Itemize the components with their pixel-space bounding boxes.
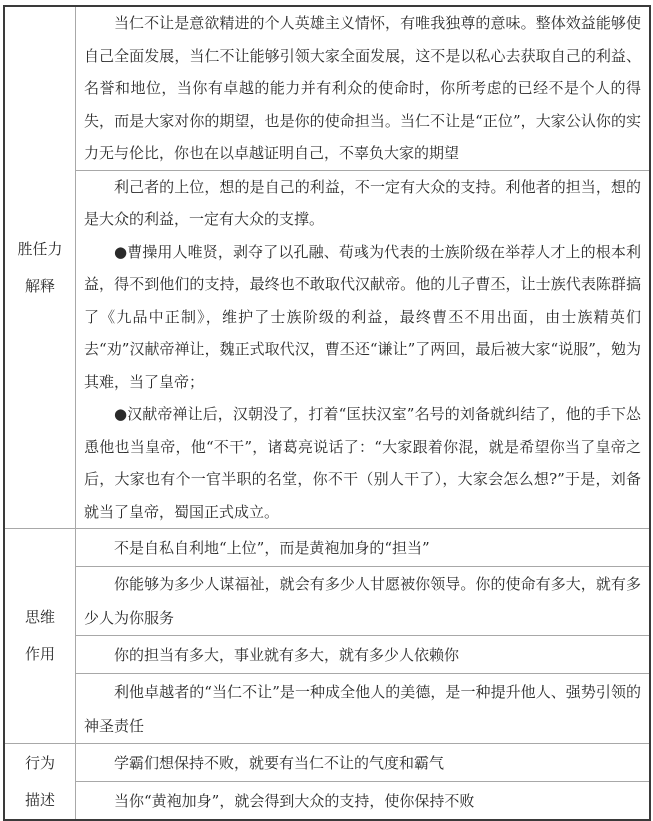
content-cell: 利他卓越者的“当仁不让”是一种成全他人的美德，是一种提升他人、强势引领的神圣责任 (76, 674, 651, 744)
content-cell: 你的担当有多大，事业就有多大，就有多少人依赖你 (76, 636, 651, 674)
table-row: 利己者的上位，想的是自己的利益，不一定有大众的支持。利他者的担当，想的是大众的利… (4, 170, 650, 529)
table-row: 行为 描述 学霸们想保持不败，就要有当仁不让的气度和霸气 (4, 744, 650, 771)
section-label-competency: 胜任力 解释 (4, 6, 76, 529)
section-label-behavior: 行为 描述 (4, 744, 76, 771)
section-label-thinking: 思维 作用 (4, 529, 76, 744)
paragraph: 你能够为多少人谋福祉，就会有多少人甘愿被你领导。你的使命有多大，就有多少人为你服… (84, 567, 641, 635)
bullet-paragraph: ●曹操用人唯贤，剥夺了以孔融、荀彧为代表的士族阶级在举荐人才上的根本利益，得不到… (84, 236, 641, 399)
table-row: 你能够为多少人谋福祉，就会有多少人甘愿被你领导。你的使命有多大，就有多少人为你服… (4, 567, 650, 636)
label-line: 行为 (25, 754, 55, 771)
label-line: 胜任力 (17, 240, 62, 258)
content-cell: 不是自私自利地“上位”，而是黄袍加身的“担当” (76, 529, 651, 567)
paragraph: 你的担当有多大，事业就有多大，就有多少人依赖你 (84, 637, 641, 673)
label-line: 思维 (25, 608, 55, 626)
table-row: 利他卓越者的“当仁不让”是一种成全他人的美德，是一种提升他人、强势引领的神圣责任 (4, 674, 650, 744)
table-row: 你的担当有多大，事业就有多大，就有多少人依赖你 (4, 636, 650, 674)
paragraph: 当仁不让是意欲精进的个人英雄主义情怀，有唯我独尊的意味。整体效益能够使自己全面发… (84, 7, 641, 170)
content-cell: 你能够为多少人谋福祉，就会有多少人甘愿被你领导。你的使命有多大，就有多少人为你服… (76, 567, 651, 636)
paragraph: 利己者的上位，想的是自己的利益，不一定有大众的支持。利他者的担当，想的是大众的利… (84, 171, 641, 236)
paragraph: 利他卓越者的“当仁不让”是一种成全他人的美德，是一种提升他人、强势引领的神圣责任 (84, 675, 641, 743)
paragraph: 不是自私自利地“上位”，而是黄袍加身的“担当” (84, 530, 641, 566)
bullet-paragraph: ●汉献帝禅让后，汉朝没了，打着“匡扶汉室”名号的刘备就纠结了，他的手下怂恿他也当… (84, 398, 641, 528)
content-cell: 学霸们想保持不败，就要有当仁不让的气度和霸气 (76, 744, 651, 771)
label-line: 作用 (25, 645, 55, 663)
table-row: 思维 作用 不是自私自利地“上位”，而是黄袍加身的“担当” (4, 529, 650, 567)
paragraph: 学霸们想保持不败，就要有当仁不让的气度和霸气 (84, 745, 641, 771)
competency-table: 胜任力 解释 当仁不让是意欲精进的个人英雄主义情怀，有唯我独尊的意味。整体效益能… (3, 5, 651, 770)
label-line: 解释 (25, 277, 55, 295)
content-cell: 利己者的上位，想的是自己的利益，不一定有大众的支持。利他者的担当，想的是大众的利… (76, 170, 651, 529)
table-row: 胜任力 解释 当仁不让是意欲精进的个人英雄主义情怀，有唯我独尊的意味。整体效益能… (4, 6, 650, 170)
content-cell: 当仁不让是意欲精进的个人英雄主义情怀，有唯我独尊的意味。整体效益能够使自己全面发… (76, 6, 651, 170)
